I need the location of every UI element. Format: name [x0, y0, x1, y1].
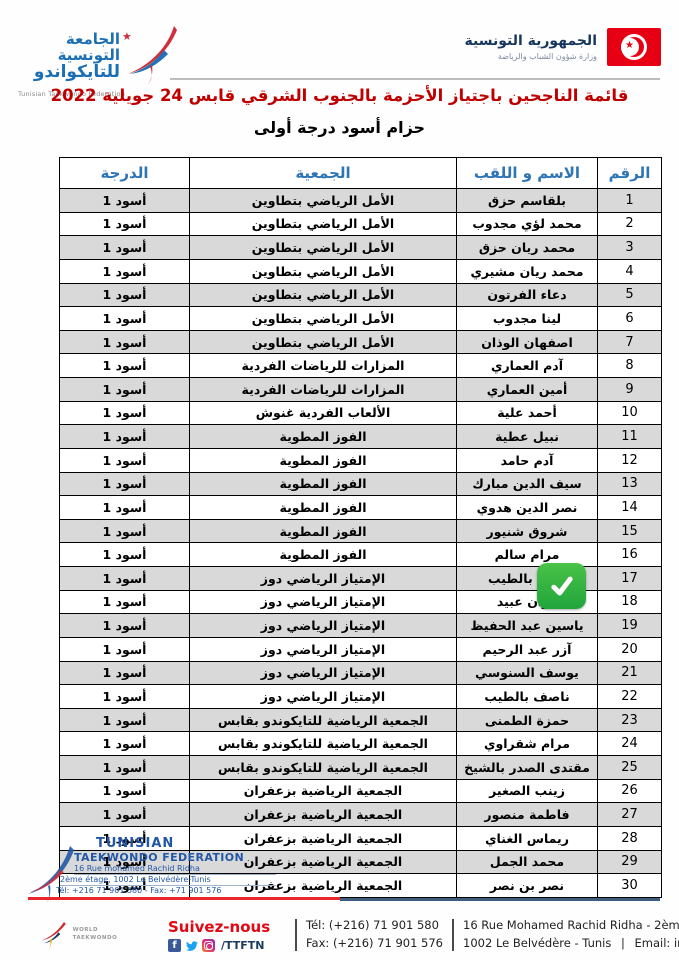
- col-header-number: الرقم: [598, 158, 662, 189]
- cell-degree: أسود 1: [60, 212, 190, 236]
- header-divider: [170, 78, 660, 80]
- cell-number: 19: [598, 614, 662, 638]
- contact-block: Tél: (+216) 71 901 580 Fax: (+216) 71 90…: [306, 917, 443, 953]
- cell-club: الفوز المطوية: [190, 496, 457, 520]
- cell-number: 15: [598, 519, 662, 543]
- cell-name: يوسف السنوسي: [457, 661, 598, 685]
- cell-name: نصر الدين هدوي: [457, 496, 598, 520]
- cell-club: الجمعية الرياضية بزعفران: [190, 779, 457, 803]
- table-row: 28 ريماس الغناي الجمعية الرياضية بزعفران…: [60, 826, 662, 850]
- cell-name: ناصف بالطيب: [457, 685, 598, 709]
- cell-club: الفوز المطوية: [190, 519, 457, 543]
- cell-club: الجمعية الرياضية بزعفران: [190, 850, 457, 874]
- cell-club: الأمل الرياضي بتطاوين: [190, 236, 457, 260]
- cell-name: آدم العماري: [457, 354, 598, 378]
- cell-club: الأمل الرياضي بتطاوين: [190, 189, 457, 213]
- table-row: 23 حمزة الطمنى الجمعية الرياضية للتايكون…: [60, 708, 662, 732]
- cell-degree: أسود 1: [60, 732, 190, 756]
- cell-number: 17: [598, 567, 662, 591]
- cell-name: مقتدى الصدر بالشيخ: [457, 756, 598, 780]
- cell-club: الإمتياز الرياضي دوز: [190, 567, 457, 591]
- cell-name: أمين العماري: [457, 378, 598, 402]
- cell-name: شروق شنيور: [457, 519, 598, 543]
- cell-number: 11: [598, 425, 662, 449]
- cell-name: زينب الصغير: [457, 779, 598, 803]
- table-row: 1 بلقاسم حزق الأمل الرياضي بتطاوين أسود …: [60, 189, 662, 213]
- cell-number: 25: [598, 756, 662, 780]
- cell-number: 1: [598, 189, 662, 213]
- cell-degree: أسود 1: [60, 236, 190, 260]
- cell-number: 18: [598, 590, 662, 614]
- table-row: 9 أمين العماري المزارات للرياضات الفردية…: [60, 378, 662, 402]
- cell-number: 26: [598, 779, 662, 803]
- table-row: 12 آدم حامد الفوز المطوية أسود 1: [60, 448, 662, 472]
- instagram-icon: [202, 939, 215, 952]
- government-emblem: الجمهورية التونسية وزارة شؤون الشباب وال…: [465, 28, 662, 66]
- document-page: الجامعة التونسية للتايكواندو ★ Tunisian …: [0, 0, 679, 960]
- cell-name: نصر بن نصر: [457, 874, 598, 898]
- cell-degree: أسود 1: [60, 259, 190, 283]
- cell-name: آزر عبد الرحيم: [457, 637, 598, 661]
- cell-number: 5: [598, 283, 662, 307]
- cell-degree: أسود 1: [60, 661, 190, 685]
- cell-club: الأمل الرياضي بتطاوين: [190, 307, 457, 331]
- cell-name: حمزة الطمنى: [457, 708, 598, 732]
- cell-degree: أسود 1: [60, 307, 190, 331]
- cell-club: الجمعية الرياضية بزعفران: [190, 803, 457, 827]
- cell-degree: أسود 1: [60, 614, 190, 638]
- table-row: 22 ناصف بالطيب الإمتياز الرياضي دوز أسود…: [60, 685, 662, 709]
- cell-club: الأمل الرياضي بتطاوين: [190, 212, 457, 236]
- table-row: 10 أحمد علية الألعاب الفردية غنوش أسود 1: [60, 401, 662, 425]
- table-row: 3 محمد ريان حزق الأمل الرياضي بتطاوين أس…: [60, 236, 662, 260]
- table-row: 2 محمد لؤي مجدوب الأمل الرياضي بتطاوين أ…: [60, 212, 662, 236]
- cell-name: دعاء الفرتون: [457, 283, 598, 307]
- cell-degree: أسود 1: [60, 779, 190, 803]
- table-row: 27 فاطمة منصور الجمعية الرياضية بزعفران …: [60, 803, 662, 827]
- cell-name: اصفهان الوذان: [457, 330, 598, 354]
- address-line2: 1002 Le Belvédère - Tunis: [463, 936, 611, 950]
- cell-degree: أسود 1: [60, 803, 190, 827]
- cell-number: 3: [598, 236, 662, 260]
- cell-number: 27: [598, 803, 662, 827]
- cell-name: فاطمة منصور: [457, 803, 598, 827]
- col-header-name: الاسم و اللقب: [457, 158, 598, 189]
- table-row: 30 نصر بن نصر الجمعية الرياضية بزعفران أ…: [60, 874, 662, 898]
- cell-degree: أسود 1: [60, 354, 190, 378]
- cell-number: 16: [598, 543, 662, 567]
- table-row: 4 محمد ريان مشيري الأمل الرياضي بتطاوين …: [60, 259, 662, 283]
- cell-degree: أسود 1: [60, 685, 190, 709]
- republic-name: الجمهورية التونسية: [465, 33, 598, 49]
- cell-name: سيف الدين مبارك: [457, 472, 598, 496]
- cell-degree: أسود 1: [60, 590, 190, 614]
- cell-number: 24: [598, 732, 662, 756]
- cell-degree: أسود 1: [60, 543, 190, 567]
- cell-degree: أسود 1: [60, 378, 190, 402]
- cell-degree: أسود 1: [60, 189, 190, 213]
- cell-degree: أسود 1: [60, 330, 190, 354]
- cell-number: 23: [598, 708, 662, 732]
- phone-number: Tél: (+216) 71 901 580: [306, 917, 443, 935]
- cell-name: ريماس الغناي: [457, 826, 598, 850]
- facebook-icon: f: [168, 939, 181, 952]
- cell-degree: أسود 1: [60, 496, 190, 520]
- footer-separator-2: [452, 919, 454, 951]
- cell-degree: أسود 1: [60, 519, 190, 543]
- cell-club: الفوز المطوية: [190, 425, 457, 449]
- cell-club: الجمعية الرياضية للتايكوندو بقابس: [190, 756, 457, 780]
- cell-club: الألعاب الفردية غنوش: [190, 401, 457, 425]
- federation-name-arabic-1: الجامعة التونسية: [18, 32, 120, 64]
- cell-degree: أسود 1: [60, 567, 190, 591]
- col-header-degree: الدرجة: [60, 158, 190, 189]
- table-row: 24 مرام شقراوي الجمعية الرياضية للتايكون…: [60, 732, 662, 756]
- cell-name: آدم حامد: [457, 448, 598, 472]
- cell-number: 30: [598, 874, 662, 898]
- cell-number: 6: [598, 307, 662, 331]
- table-row: 29 محمد الجمل الجمعية الرياضية بزعفران أ…: [60, 850, 662, 874]
- ministry-name: وزارة شؤون الشباب والرياضة: [465, 52, 598, 61]
- address-block: 16 Rue Mohamed Rachid Ridha - 2ème étage…: [463, 917, 679, 953]
- table-row: 19 ياسين عبد الحفيظ الإمتياز الرياضي دوز…: [60, 614, 662, 638]
- cell-club: الإمتياز الرياضي دوز: [190, 614, 457, 638]
- cell-degree: أسود 1: [60, 756, 190, 780]
- cell-name: محمد ريان مشيري: [457, 259, 598, 283]
- cell-degree: أسود 1: [60, 283, 190, 307]
- address-line1: 16 Rue Mohamed Rachid Ridha - 2ème étage: [463, 917, 679, 935]
- cell-name: لينا مجدوب: [457, 307, 598, 331]
- cell-number: 7: [598, 330, 662, 354]
- cell-club: الفوز المطوية: [190, 472, 457, 496]
- cell-number: 12: [598, 448, 662, 472]
- cell-club: المزارات للرياضات الفردية: [190, 378, 457, 402]
- footer-rule: [28, 897, 660, 900]
- address-pipe: |: [621, 936, 625, 950]
- cell-number: 20: [598, 637, 662, 661]
- cell-degree: أسود 1: [60, 637, 190, 661]
- cell-number: 2: [598, 212, 662, 236]
- cell-name: بلقاسم حزق: [457, 189, 598, 213]
- cell-name: محمد ريان حزق: [457, 236, 598, 260]
- cell-number: 14: [598, 496, 662, 520]
- table-row: 11 نبيل عطية الفوز المطوية أسود 1: [60, 425, 662, 449]
- cell-number: 22: [598, 685, 662, 709]
- cell-club: الفوز المطوية: [190, 448, 457, 472]
- email-address: Email: info@ttf.tn: [635, 936, 679, 950]
- follow-block: Suivez-nous f /TTFTN: [168, 918, 286, 952]
- cell-club: الأمل الرياضي بتطاوين: [190, 259, 457, 283]
- cell-number: 28: [598, 826, 662, 850]
- cell-number: 10: [598, 401, 662, 425]
- results-table: الرقم الاسم و اللقب الجمعية الدرجة 1 بلق…: [59, 157, 661, 898]
- table-row: 5 دعاء الفرتون الأمل الرياضي بتطاوين أسو…: [60, 283, 662, 307]
- svg-text:★: ★: [122, 30, 132, 43]
- world-taekwondo-label: WORLD TAEKWONDO: [73, 927, 140, 942]
- cell-degree: أسود 1: [60, 448, 190, 472]
- cell-degree: أسود 1: [60, 874, 190, 898]
- cell-number: 21: [598, 661, 662, 685]
- table-row: 20 آزر عبد الرحيم الإمتياز الرياضي دوز أ…: [60, 637, 662, 661]
- cell-club: الجمعية الرياضية بزعفران: [190, 874, 457, 898]
- cell-number: 9: [598, 378, 662, 402]
- footer-rule-red: [28, 897, 340, 900]
- cell-number: 8: [598, 354, 662, 378]
- cell-number: 4: [598, 259, 662, 283]
- footer-separator: [295, 919, 297, 951]
- results-table-body: 1 بلقاسم حزق الأمل الرياضي بتطاوين أسود …: [60, 189, 662, 898]
- follow-label: Suivez-nous: [168, 918, 286, 936]
- world-taekwondo-logo: WORLD TAEKWONDO: [38, 918, 140, 952]
- table-row: 7 اصفهان الوذان الأمل الرياضي بتطاوين أس…: [60, 330, 662, 354]
- cell-degree: أسود 1: [60, 850, 190, 874]
- table-row: 13 سيف الدين مبارك الفوز المطوية أسود 1: [60, 472, 662, 496]
- cell-name: أحمد علية: [457, 401, 598, 425]
- cell-club: الإمتياز الرياضي دوز: [190, 590, 457, 614]
- cell-number: 29: [598, 850, 662, 874]
- page-title: قائمة الناجحين باجتياز الأحزمة بالجنوب ا…: [0, 86, 679, 105]
- cell-club: الأمل الرياضي بتطاوين: [190, 330, 457, 354]
- cell-name: محمد لؤي مجدوب: [457, 212, 598, 236]
- cell-club: الجمعية الرياضية للتايكوندو بقابس: [190, 732, 457, 756]
- table-row: 8 آدم العماري المزارات للرياضات الفردية …: [60, 354, 662, 378]
- cell-club: الإمتياز الرياضي دوز: [190, 637, 457, 661]
- cell-degree: أسود 1: [60, 472, 190, 496]
- table-row: 21 يوسف السنوسي الإمتياز الرياضي دوز أسو…: [60, 661, 662, 685]
- cell-number: 13: [598, 472, 662, 496]
- cell-name: مرام شقراوي: [457, 732, 598, 756]
- approved-checkmark-icon: [537, 563, 586, 609]
- social-handle: /TTFTN: [221, 939, 265, 952]
- cell-name: ياسين عبد الحفيظ: [457, 614, 598, 638]
- cell-club: الفوز المطوية: [190, 543, 457, 567]
- table-row: 25 مقتدى الصدر بالشيخ الجمعية الرياضية ل…: [60, 756, 662, 780]
- cell-club: الأمل الرياضي بتطاوين: [190, 283, 457, 307]
- cell-club: الجمعية الرياضية بزعفران: [190, 826, 457, 850]
- footer: WORLD TAEKWONDO Suivez-nous f /TTFTN Tél…: [38, 912, 667, 958]
- cell-name: محمد الجمل: [457, 850, 598, 874]
- page-subtitle: حزام أسود درجة أولى: [0, 118, 679, 137]
- federation-name-arabic-2: للتايكواندو: [18, 64, 120, 82]
- table-row: 6 لينا مجدوب الأمل الرياضي بتطاوين أسود …: [60, 307, 662, 331]
- footer-rule-navy: [340, 898, 660, 901]
- col-header-club: الجمعية: [190, 158, 457, 189]
- cell-club: الإمتياز الرياضي دوز: [190, 685, 457, 709]
- cell-club: المزارات للرياضات الفردية: [190, 354, 457, 378]
- cell-degree: أسود 1: [60, 401, 190, 425]
- cell-degree: أسود 1: [60, 826, 190, 850]
- table-row: 15 شروق شنيور الفوز المطوية أسود 1: [60, 519, 662, 543]
- cell-club: الإمتياز الرياضي دوز: [190, 661, 457, 685]
- cell-club: الجمعية الرياضية للتايكوندو بقابس: [190, 708, 457, 732]
- table-header-row: الرقم الاسم و اللقب الجمعية الدرجة: [60, 158, 662, 189]
- fax-number: Fax: (+216) 71 901 576: [306, 935, 443, 953]
- twitter-icon: [185, 939, 198, 952]
- table-row: 14 نصر الدين هدوي الفوز المطوية أسود 1: [60, 496, 662, 520]
- cell-degree: أسود 1: [60, 708, 190, 732]
- cell-name: نبيل عطية: [457, 425, 598, 449]
- table-row: 26 زينب الصغير الجمعية الرياضية بزعفران …: [60, 779, 662, 803]
- world-taekwondo-icon: [38, 918, 70, 952]
- tunisia-flag-icon: ★: [607, 28, 661, 66]
- cell-degree: أسود 1: [60, 425, 190, 449]
